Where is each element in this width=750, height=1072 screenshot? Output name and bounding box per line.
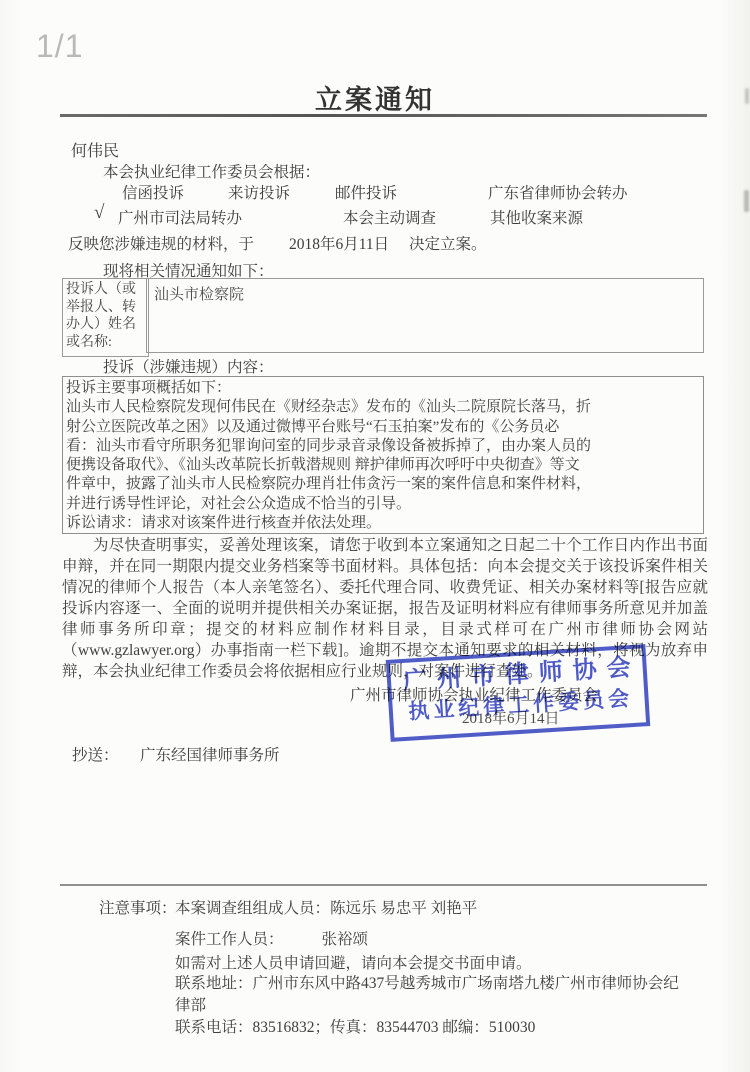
staff-line: 案件工作人员：张裕颂	[175, 927, 368, 949]
cc-recipient: 广东经国律师事务所	[140, 743, 280, 765]
source-option-visit: 来访投诉	[228, 181, 290, 203]
case-team-names: 陈远乐 易忠平 刘艳平	[330, 900, 477, 917]
official-seal-stamp: 广州市律师协会 执业纪律工作委员会	[386, 644, 651, 742]
filing-date: 2018年6月11日	[289, 232, 389, 254]
source-option-provincial-transfer: 广东省律师协会转办	[488, 181, 628, 203]
source-option-letter: 信函投诉	[122, 181, 184, 203]
document-title: 立案通知	[0, 78, 750, 117]
intro-line: 本会执业纪律工作委员会根据：	[103, 160, 320, 182]
contact-address: 联系地址：广州市东风中路437号越秀城市广场南塔九楼广州市律师协会纪律部	[175, 973, 687, 1016]
scan-artifact	[744, 190, 749, 212]
recusal-line: 如需对上述人员申请回避，请向本会提交书面申请。	[175, 951, 532, 973]
scanned-document-page: 1/1 立案通知 何伟民 本会执业纪律工作委员会根据： 信函投诉 来访投诉 邮件…	[0, 0, 750, 1072]
cc-label: 抄送：	[72, 743, 119, 765]
notice-section-label: 注意事项：	[99, 896, 177, 918]
source-option-justice-bureau-transfer: 广州市司法局转办	[118, 206, 242, 228]
page-number-indicator: 1/1	[36, 28, 83, 65]
complainant-name: 汕头市检察院	[154, 283, 244, 304]
complaint-content-text: 投诉主要事项概括如下： 汕头市人民检察院发现何伟民在《财经杂志》发布的《汕头二院…	[66, 379, 700, 533]
recipient-name: 何伟民	[71, 138, 119, 161]
bottom-divider	[60, 884, 707, 886]
case-team-label: 本案调查组组成人员：	[175, 900, 330, 917]
checkmark-icon: √	[94, 202, 104, 224]
source-option-other: 其他收案来源	[490, 206, 583, 228]
staff-label: 案件工作人员：	[175, 931, 284, 948]
source-option-mail: 邮件投诉	[335, 181, 397, 203]
contact-phone-line: 联系电话：83516832；传真：83544703 邮编：510030	[175, 1015, 535, 1037]
filing-prefix: 反映您涉嫌违规的材料，于	[68, 232, 254, 254]
complaint-section-heading: 投诉（涉嫌违规）内容：	[103, 355, 274, 377]
complainant-label-cell: 投诉人（或举报人、转办人）姓名或名称:	[62, 278, 149, 357]
case-team-line: 本案调查组组成人员：陈远乐 易忠平 刘艳平	[175, 896, 477, 918]
scan-artifact	[745, 88, 749, 104]
title-divider	[60, 114, 707, 117]
filing-suffix: 决定立案。	[409, 232, 487, 254]
source-option-self-initiated: 本会主动调查	[343, 206, 436, 228]
staff-name: 张裕颂	[322, 931, 369, 948]
